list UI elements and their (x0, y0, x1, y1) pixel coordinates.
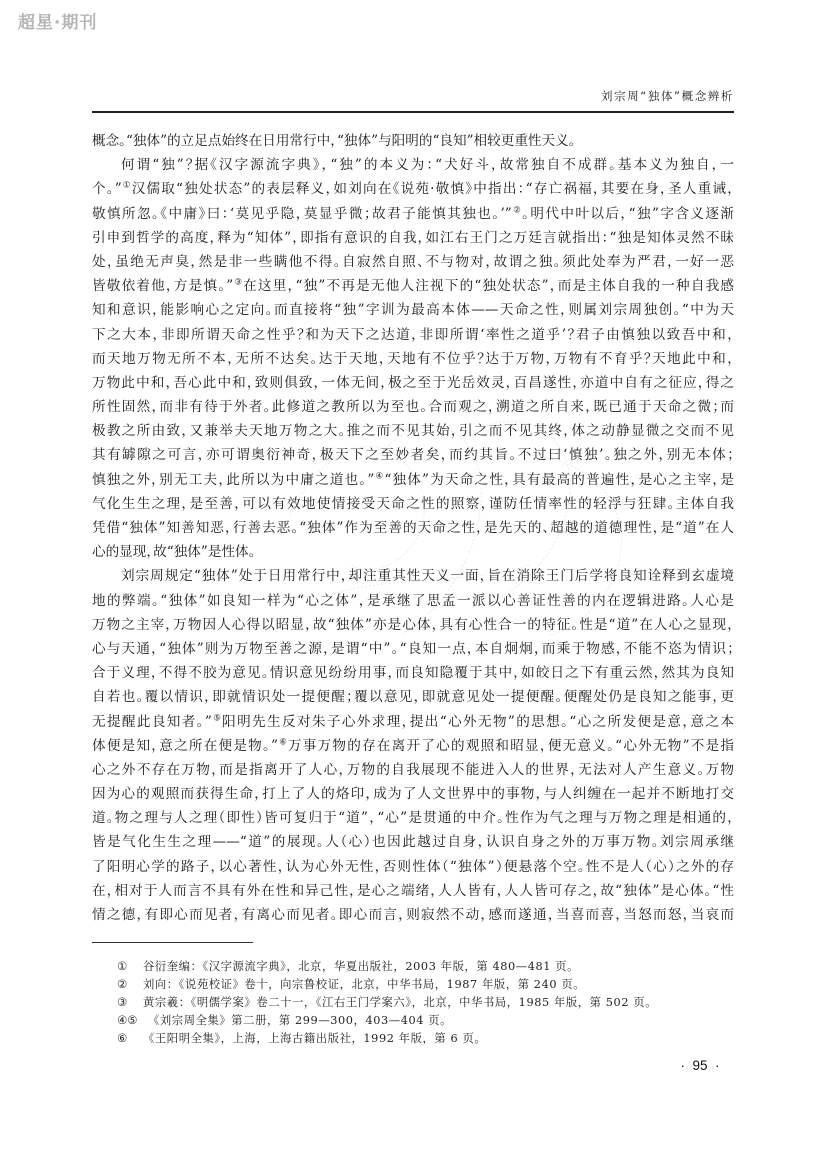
body-line: 知和意识，能影响心之定向。而直接将“独”字训为最高本体——天命之性，则属刘宗周独… (92, 298, 734, 322)
footnote-text: 黄宗羲：《明儒学案》卷二十一，《江右王门学案六》，北京，中华书局，1985 年版… (143, 994, 657, 1012)
body-line: 在，相对于人而言不具有外在性和异己性，是心之端绪，人人皆有，人人皆可存之，故“独… (92, 879, 734, 903)
footnote-ref[interactable]: ⑤ (212, 712, 222, 722)
footnote-text: 谷衍奎编：《汉字源流字典》，北京，华夏出版社，2003 年版，第 480—481… (143, 958, 579, 976)
page-number: · 95 · (660, 1058, 740, 1073)
body-line: 情之德，有即心而见者，有离心而见者。即心而言，则寂然不动，感而遂通，当喜而喜，当… (92, 903, 734, 927)
paragraph-first-line: 刘宗周规定“独体”处于日用常行中，却注重其性天义一面，旨在消除王门后学将良知诠释… (92, 564, 734, 588)
body-line: 极教之所由致，又兼举夫天地万物之大。推之而不见其始，引之而不见其终，体之动静显微… (92, 419, 734, 443)
footnote-2: ② 刘向：《说苑校证》卷十，向宗鲁校证，北京，中华书局，1987 年版，第 24… (117, 976, 737, 994)
footnote-ref[interactable]: ② (512, 204, 522, 214)
footnotes: ① 谷衍奎编：《汉字源流字典》，北京，华夏出版社，2003 年版，第 480—4… (117, 958, 737, 1048)
body-line: 个。”①汉儒取“独处状态”的表层释义，如刘向在《说苑·敬慎》中指出：“存亡祸福，… (92, 177, 734, 201)
footnote-ref[interactable]: ③ (233, 277, 243, 287)
body-line: 下之大本，非即所谓天命之性乎？和为天下之达道，非即所谓‘率性之道乎’？君子由慎独… (92, 323, 734, 347)
running-header-title: 刘宗周“独体”概念辨析 (601, 88, 734, 104)
footnote-ref[interactable]: ④ (374, 470, 384, 480)
body-line: 自若也。覆以情识，即就情识处一提便醒；覆以意见，即就意见处一提便醒。便醒处仍是良… (92, 685, 734, 709)
footnote-6: ⑥ 《王阳明全集》，上海，上海古籍出版社，1992 年版，第 6 页。 (117, 1030, 737, 1048)
footnote-4-5: ④⑤ 《刘宗周全集》第二册，第 299—300，403—404 页。 (117, 1012, 737, 1030)
body-line: 心的显现，故“独体”是性体。 (92, 540, 734, 564)
body-line: 万物之主宰，万物因人心得以昭显，故“独体”亦是心体，具有心性合一的特征。性是“道… (92, 613, 734, 637)
body-line: 其有罅隙之可言，亦可谓奥衍神奇，极天下之至妙者矣，而约其旨。不过曰‘慎独’。独之… (92, 443, 734, 467)
footnote-mark: ⑥ (117, 1030, 143, 1048)
footnote-mark: ③ (117, 994, 143, 1012)
body-line: 体便是知，意之所在便是物。”⑥万事万物的存在离开了心的观照和昭显，便无意义。“心… (92, 734, 734, 758)
body-line: 皆敬依着他，方是慎。”③在这里，“独”不再是无他人注视下的“独处状态”，而是主体… (92, 274, 734, 298)
article-body: 概念。“独体”的立足点始终在日用常行中，“独体”与阳明的“良知”相较更重性天义。… (92, 129, 734, 927)
footnote-1: ① 谷衍奎编：《汉字源流字典》，北京，华夏出版社，2003 年版，第 480—4… (117, 958, 737, 976)
body-line: 道。物之理与人之理（即性）皆可复归于“道”，“心”是贯通的中介。性作为气之理与万… (92, 806, 734, 830)
footnote-mark: ② (117, 976, 143, 994)
body-line: 合于义理，不得不胶为意见。情识意见纷纷用事，而良知隐覆于其中，如皎日之下有重云然… (92, 661, 734, 685)
footnote-ref[interactable]: ⑥ (278, 736, 288, 746)
body-line: 所性固然，而非有待于外者。此修道之教所以为至也。合而观之，溯道之所自来，既已通于… (92, 395, 734, 419)
body-line: 慎独之外，别无工夫，此所以为中庸之道也。”④“独体”为天命之性，具有最高的普遍性… (92, 468, 734, 492)
header-rule (92, 111, 734, 113)
footnote-text: 《刘宗周全集》第二册，第 299—300，403—404 页。 (148, 1012, 452, 1030)
footnote-separator (92, 942, 253, 943)
body-line: 处，虽绝无声臭，然是非一些瞒他不得。自寂然自照、不与物对，故谓之独。须此处奉为严… (92, 250, 734, 274)
footnote-text: 刘向：《说苑校证》卷十，向宗鲁校证，北京，中华书局，1987 年版，第 240 … (143, 976, 585, 994)
body-line: 而天地万物无所不本，无所不达矣。达于天地，天地有不位乎？达于万物，万物有不育乎？… (92, 347, 734, 371)
body-line: 万物此中和，吾心此中和，致则俱致，一体无间，极之至于光岳效灵，百昌遂性，亦道中自… (92, 371, 734, 395)
footnote-mark: ④⑤ (117, 1012, 148, 1030)
body-line: 概念。“独体”的立足点始终在日用常行中，“独体”与阳明的“良知”相较更重性天义。 (92, 129, 734, 153)
body-line: 心之外不存在万物，而是指离开了人心，万物的自我展现不能进入人的世界，无法对人产生… (92, 758, 734, 782)
body-line: 气化生生之理，是至善，可以有效地使情接受天命之性的照察，谨防任情率性的轻浮与狂肆… (92, 492, 734, 516)
body-line: 敬慎所忽。《中庸》曰：‘莫见乎隐，莫显乎微；故君子能慎其独也。’”②。明代中叶以… (92, 202, 734, 226)
body-line: 皆是气化生生之理——“道”的展现。人（心）也因此越过自身，认识自身之外的万事万物… (92, 830, 734, 854)
paragraph-first-line: 何谓“独”？据《汉字源流字典》，“独”的本义为：“犬好斗，故常独自不成群。基本义… (92, 153, 734, 177)
footnote-ref[interactable]: ① (122, 180, 132, 190)
footnote-text: 《王阳明全集》，上海，上海古籍出版社，1992 年版，第 6 页。 (143, 1030, 486, 1048)
footnote-3: ③ 黄宗羲：《明儒学案》卷二十一，《江右王门学案六》，北京，中华书局，1985 … (117, 994, 737, 1012)
body-line: 心与天通，“独体”则为万物至善之源，是谓“中”。“良知一点，本自炯炯，而乘于物感… (92, 637, 734, 661)
body-line: 了阳明心学的路子，以心著性，认为心外无性，否则性体（“独体”）便悬落个空。性不是… (92, 855, 734, 879)
brand-watermark: 超星·期刊 (18, 8, 97, 33)
footnote-mark: ① (117, 958, 143, 976)
body-line: 无提醒此良知者。”⑤阳明先生反对朱子心外求理，提出“心外无物”的思想。“心之所发… (92, 710, 734, 734)
body-line: 因为心的观照而获得生命，打上了人的烙印，成为了人文世界中的事物，与人纠缠在一起并… (92, 782, 734, 806)
body-line: 引申到哲学的高度，释为“知体”，即指有意识的自我，如江右王门之万廷言就指出：“独… (92, 226, 734, 250)
body-line: 地的弊端。“独体”如良知一样为“心之体”，是承继了思孟一派以心善证性善的内在逻辑… (92, 589, 734, 613)
body-line: 凭借“独体”知善知恶，行善去恶。“独体”作为至善的天命之性，是先天的、超越的道德… (92, 516, 734, 540)
